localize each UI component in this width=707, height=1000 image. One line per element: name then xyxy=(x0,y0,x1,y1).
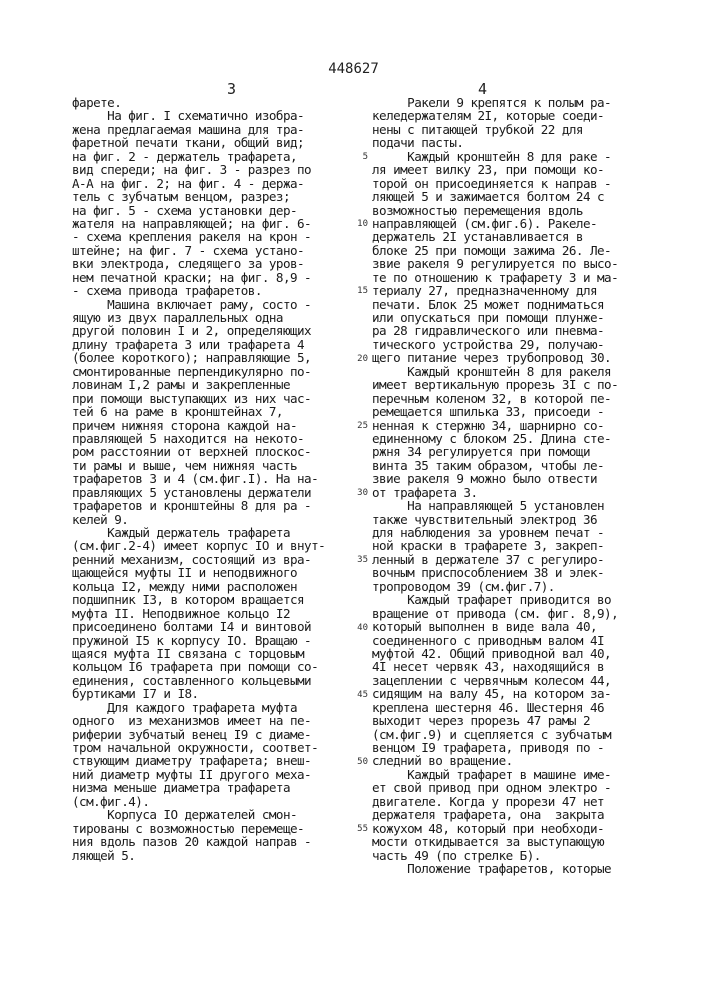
text-line: (см.фиг.9) и сцепляется с зубчатым xyxy=(372,728,618,741)
text-line: винта 35 таким образом, чтобы ле- xyxy=(372,459,618,472)
text-line: На фиг. I схематично изобра- xyxy=(72,109,325,122)
text-line: ет свой привод при одном электро - xyxy=(372,781,618,794)
text-line: следний во вращение. xyxy=(372,754,618,767)
text-line: щаяся муфта II связана с торцовым xyxy=(72,647,325,660)
line-number: 5 xyxy=(354,152,368,162)
text-line: кожухом 48, который при необходи- xyxy=(372,822,618,835)
text-line: одного из механизмов имеет на пе- xyxy=(72,714,325,727)
text-line: келедержателям 2I, которые соеди- xyxy=(372,109,618,122)
text-line: трафаретов 3 и 4 (см.фиг.I). На на- xyxy=(72,472,325,485)
text-line: двигателе. Когда у прорези 47 нет xyxy=(372,795,618,808)
text-line: длину трафарета 3 или трафарета 4 xyxy=(72,338,325,351)
text-line: тического устройства 29, получаю- xyxy=(372,338,618,351)
text-line: единения, составленного кольцевыми xyxy=(72,674,325,687)
text-line: ловинам I,2 рамы и закрепленные xyxy=(72,378,325,391)
text-line: от трафарета 3. xyxy=(372,486,618,499)
text-line: А-А на фиг. 2; на фиг. 4 - держа- xyxy=(72,177,325,190)
text-line: пружиной I5 к корпусу IO. Вращаю - xyxy=(72,634,325,647)
text-line: венцом I9 трафарета, приводя по - xyxy=(372,741,618,754)
text-line: Машина включает раму, состо - xyxy=(72,298,325,311)
patent-number: 448627 xyxy=(0,61,707,77)
text-line: - схема крепления ракеля на крон - xyxy=(72,230,325,243)
text-line: тель с зубчатым венцом, разрез; xyxy=(72,190,325,203)
text-line: вки электрода, следящего за уров- xyxy=(72,257,325,270)
text-line: правляющих 5 установлены держатели xyxy=(72,486,325,499)
text-line: жена предлагаемая машина для тра- xyxy=(72,123,325,136)
text-line: ра 28 гидравлического или пневма- xyxy=(372,324,618,337)
text-line: часть 49 (по стрелке Б). xyxy=(372,849,618,862)
text-line: на фиг. 5 - схема установки дер- xyxy=(72,204,325,217)
text-line: креплена шестерня 46. Шестерня 46 xyxy=(372,701,618,714)
text-line: Каждый держатель трафарета xyxy=(72,526,325,539)
text-line: те по отношению к трафарету 3 и ма- xyxy=(372,271,618,284)
text-line: ром расстоянии от верхней плоскос- xyxy=(72,445,325,458)
text-line: Корпуса IO держателей смон- xyxy=(72,808,325,821)
text-line: возможностью перемещения вдоль xyxy=(372,204,618,217)
text-line: соединенного с приводным валом 4I xyxy=(372,634,618,647)
text-line: Каждый трафарет приводится во xyxy=(372,593,618,606)
text-line: мости откидывается за выступающую xyxy=(372,835,618,848)
text-line: сидящим на валу 45, на котором за- xyxy=(372,687,618,700)
text-line: подачи пасты. xyxy=(372,136,618,149)
text-line: Для каждого трафарета муфта xyxy=(72,701,325,714)
text-line: кольцом I6 трафарета при помощи со- xyxy=(72,660,325,673)
text-line: ной краски в трафарете 3, закреп- xyxy=(372,539,618,552)
text-line: также чувствительный электрод 36 xyxy=(372,513,618,526)
text-line: Положение трафаретов, которые xyxy=(372,862,618,875)
text-line: тей 6 на раме в кронштейнах 7, xyxy=(72,405,325,418)
text-line: ленный в держателе 37 с регулиро- xyxy=(372,553,618,566)
text-line: звие ракеля 9 регулируется по высо- xyxy=(372,257,618,270)
text-line: ти рамы и выше, чем нижняя часть xyxy=(72,459,325,472)
text-line: перечным коленом 32, в которой пе- xyxy=(372,392,618,405)
text-line: другой половин I и 2, определяющих xyxy=(72,324,325,337)
text-line: кольца I2, между ними расположен xyxy=(72,580,325,593)
text-line: ля имеет вилку 23, при помощи ко- xyxy=(372,163,618,176)
text-line: присоединено болтами I4 и винтовой xyxy=(72,620,325,633)
text-line: при помощи выступающих из них час- xyxy=(72,392,325,405)
line-number: 30 xyxy=(354,488,368,498)
text-line: Каждый кронштейн 8 для ракеля xyxy=(372,365,618,378)
text-line: тром начальной окружности, соответ- xyxy=(72,741,325,754)
text-line: штейне; на фиг. 7 - схема устано- xyxy=(72,244,325,257)
text-line: на фиг. 2 - держатель трафарета, xyxy=(72,150,325,163)
text-line: Ракели 9 крепятся к полым ра- xyxy=(372,96,618,109)
text-line: щего питание через трубопровод 30. xyxy=(372,351,618,364)
text-line: подшипник I3, в котором вращается xyxy=(72,593,325,606)
text-line: единенному с блоком 25. Длина сте- xyxy=(372,432,618,445)
text-line: териалу 27, предназначенному для xyxy=(372,284,618,297)
text-line: причем нижняя сторона каждой на- xyxy=(72,419,325,432)
text-line: жателя на направляющей; на фиг. 6- xyxy=(72,217,325,230)
text-line: который выполнен в виде вала 40, xyxy=(372,620,618,633)
text-line: щающейся муфты II и неподвижного xyxy=(72,566,325,579)
text-line: ненная к стержню 34, шарнирно со- xyxy=(372,419,618,432)
text-line: 4I несет червяк 43, находящийся в xyxy=(372,660,618,673)
text-line: риферии зубчатый венец I9 с диаме- xyxy=(72,728,325,741)
text-line: ремещается шпилька 33, присоеди - xyxy=(372,405,618,418)
text-line: ящую из двух параллельных одна xyxy=(72,311,325,324)
text-line: ляющей 5. xyxy=(72,849,325,862)
line-number: 25 xyxy=(354,421,368,431)
text-line: ний диаметр муфты II другого меха- xyxy=(72,768,325,781)
line-number: 40 xyxy=(354,623,368,633)
text-line: Каждый трафарет в машине име- xyxy=(372,768,618,781)
line-number: 50 xyxy=(354,757,368,767)
text-line: фаретной печати ткани, общий вид; xyxy=(72,136,325,149)
text-line: правляющей 5 находится на некото- xyxy=(72,432,325,445)
line-number: 20 xyxy=(354,354,368,364)
line-number: 45 xyxy=(354,690,368,700)
text-line: нем печатной краски; на фиг. 8,9 - xyxy=(72,271,325,284)
text-line: или опускаться при помощи плунже- xyxy=(372,311,618,324)
line-number: 55 xyxy=(354,824,368,834)
text-line: имеет вертикальную прорезь 3I с по- xyxy=(372,378,618,391)
right-text-column: Ракели 9 крепятся к полым ра-келедержате… xyxy=(372,96,618,875)
text-line: звие ракеля 9 можно было отвести xyxy=(372,472,618,485)
text-line: (см.фиг.4). xyxy=(72,795,325,808)
line-number: 15 xyxy=(354,286,368,296)
text-line: держатель 2I устанавливается в xyxy=(372,230,618,243)
text-line: для наблюдения за уровнем печат - xyxy=(372,526,618,539)
text-line: - схема привода трафаретов. xyxy=(72,284,325,297)
text-line: муфтой 42. Общий приводной вал 40, xyxy=(372,647,618,660)
text-line: Каждый кронштейн 8 для раке - xyxy=(372,150,618,163)
text-line: тропроводом 39 (см.фиг.7). xyxy=(372,580,618,593)
text-line: (см.фиг.2-4) имеет корпус IO и внут- xyxy=(72,539,325,552)
line-number: 35 xyxy=(354,555,368,565)
left-text-column: фарете. На фиг. I схематично изобра-жена… xyxy=(72,96,325,862)
text-line: вращение от привода (см. фиг. 8,9), xyxy=(372,607,618,620)
text-line: торой он присоединяется к направ - xyxy=(372,177,618,190)
text-line: нены с питающей трубкой 22 для xyxy=(372,123,618,136)
text-line: ния вдоль пазов 20 каждой направ - xyxy=(72,835,325,848)
text-line: выходит через прорезь 47 рамы 2 xyxy=(372,714,618,727)
text-line: ляющей 5 и зажимается болтом 24 с xyxy=(372,190,618,203)
text-line: ренний механизм, состоящий из вра- xyxy=(72,553,325,566)
text-line: смонтированные перпендикулярно по- xyxy=(72,365,325,378)
text-line: направляющей (см.фиг.6). Ракеле- xyxy=(372,217,618,230)
text-line: келей 9. xyxy=(72,513,325,526)
text-line: вид спереди; на фиг. 3 - разрез по xyxy=(72,163,325,176)
line-number: 10 xyxy=(354,219,368,229)
text-line: муфта II. Неподвижное кольцо I2 xyxy=(72,607,325,620)
text-line: тированы с возможностью перемеще- xyxy=(72,822,325,835)
text-line: трафаретов и кронштейны 8 для ра - xyxy=(72,499,325,512)
text-line: низма меньше диаметра трафарета xyxy=(72,781,325,794)
text-line: ржня 34 регулируется при помощи xyxy=(372,445,618,458)
text-line: (более короткого); направляющие 5, xyxy=(72,351,325,364)
text-line: зацеплении с червячным колесом 44, xyxy=(372,674,618,687)
text-line: буртиками I7 и I8. xyxy=(72,687,325,700)
text-line: вочным приспособлением 38 и элек- xyxy=(372,566,618,579)
text-line: На направляющей 5 установлен xyxy=(372,499,618,512)
text-line: блоке 25 при помощи зажима 26. Ле- xyxy=(372,244,618,257)
text-line: печати. Блок 25 может подниматься xyxy=(372,298,618,311)
text-line: держателя трафарета, она закрыта xyxy=(372,808,618,821)
text-line: ствующим диаметру трафарета; внеш- xyxy=(72,754,325,767)
text-line: фарете. xyxy=(72,96,325,109)
